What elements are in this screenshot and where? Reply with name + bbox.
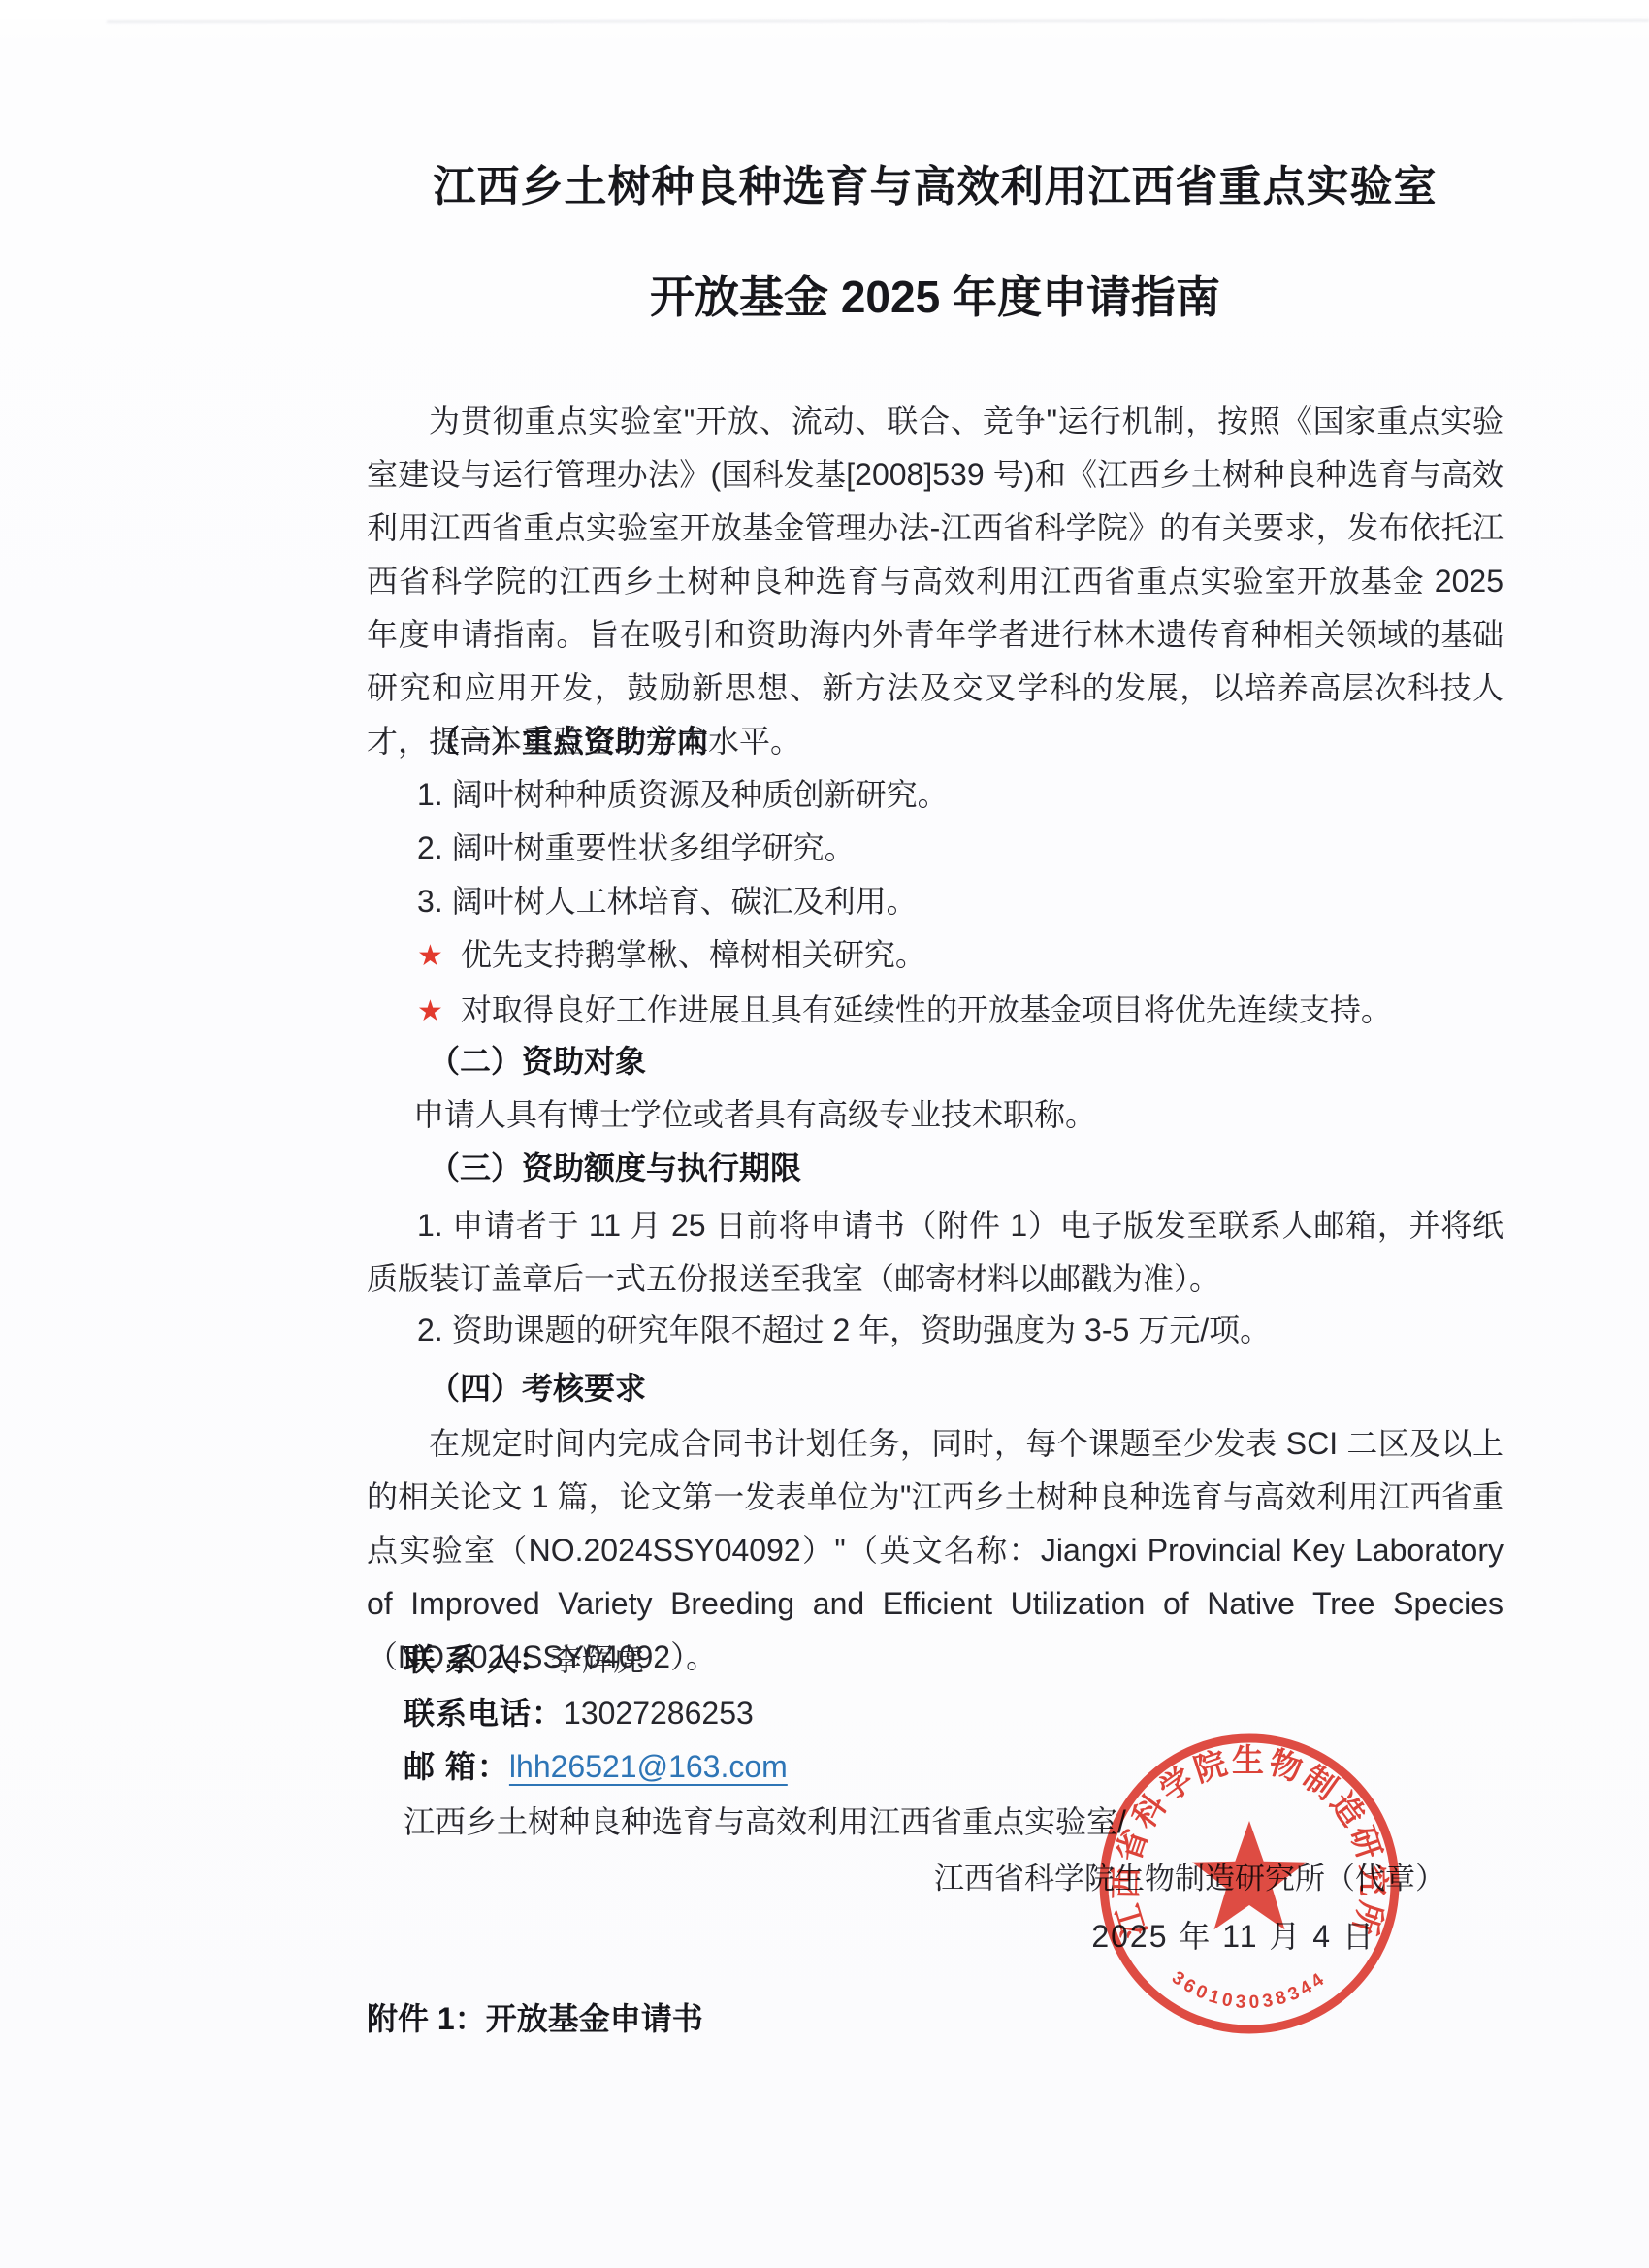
priority-note-2: ★对取得良好工作进展且具有延续性的开放基金项目将优先连续支持。 — [367, 984, 1503, 1038]
priority-note-1-text: 优先支持鹅掌楸、樟树相关研究。 — [461, 937, 926, 972]
contact-person-label: 联 系 人： — [404, 1642, 551, 1677]
official-seal: 江西省科学院生物制造研究所 360103038344 — [1094, 1729, 1405, 2039]
section-2-heading: （二）资助对象 — [367, 1035, 1503, 1088]
section-1-item-2: 2. 阔叶树重要性状多组学研究。 — [367, 822, 1503, 875]
priority-note-2-text: 对取得良好工作进展且具有延续性的开放基金项目将优先连续支持。 — [461, 992, 1392, 1027]
section-1-heading: （一）重点资助方向 — [367, 715, 1503, 768]
scanner-edge-band — [0, 0, 1649, 19]
section-3-item-2: 2. 资助课题的研究年限不超过 2 年，资助强度为 3-5 万元/项。 — [367, 1304, 1503, 1357]
scanned-document-page: 江西乡土树种良种选育与高效利用江西省重点实验室 开放基金 2025 年度申请指南… — [0, 0, 1649, 2268]
contact-email-label: 邮 箱： — [404, 1749, 509, 1784]
section-2-body: 申请人具有博士学位或者具有高级专业技术职称。 — [367, 1088, 1503, 1142]
seal-serial-number: 360103038344 — [1168, 1967, 1331, 2013]
section-3-item-1: 1. 申请者于 11 月 25 日前将申请书（附件 1）电子版发至联系人邮箱，并… — [367, 1199, 1503, 1306]
section-1-item-1: 1. 阔叶树种种质资源及种质创新研究。 — [367, 768, 1503, 822]
document-title-line2: 开放基金 2025 年度申请指南 — [367, 270, 1503, 324]
document-title-line1: 江西乡土树种良种选育与高效利用江西省重点实验室 — [367, 161, 1503, 213]
seal-star-icon — [1192, 1821, 1307, 1929]
contact-person-value: 李辉虎 — [551, 1642, 644, 1677]
star-icon: ★ — [417, 940, 443, 972]
priority-note-1: ★优先支持鹅掌楸、樟树相关研究。 — [367, 928, 1503, 983]
email-link[interactable]: lhh26521@163.com — [509, 1749, 788, 1784]
contact-person-row: 联 系 人：李辉虎 — [367, 1634, 1503, 1687]
section-1-item-3: 3. 阔叶树人工林培育、碳汇及利用。 — [367, 875, 1503, 928]
contact-phone-label: 联系电话： — [404, 1696, 564, 1731]
star-icon: ★ — [417, 995, 443, 1027]
section-3-heading: （三）资助额度与执行期限 — [367, 1142, 1503, 1195]
contact-phone-value: 13027286253 — [564, 1696, 754, 1731]
intro-paragraph: 为贯彻重点实验室"开放、流动、联合、竞争"运行机制，按照《国家重点实验室建设与运… — [367, 395, 1503, 768]
scan-seam-line — [107, 19, 1649, 22]
section-4-heading: （四）考核要求 — [367, 1362, 1503, 1415]
